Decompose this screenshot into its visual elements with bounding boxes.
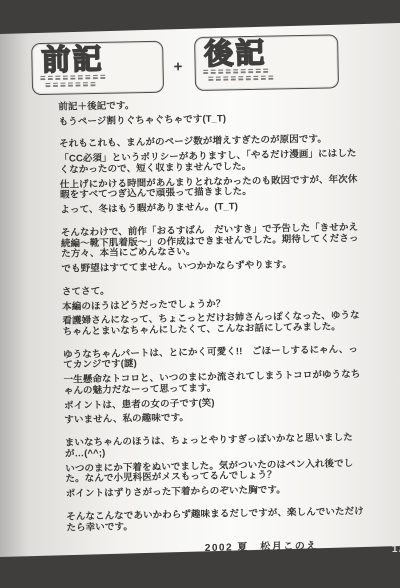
- page-content: 前記 〓〓〓〓〓〓〓〓〓 〓〓〓〓〓〓〓 + 後記 〓〓〓〓〓〓〓〓〓 〓〓〓〓…: [0, 24, 400, 567]
- foreword-title-box: 前記 〓〓〓〓〓〓〓〓〓 〓〓〓〓〓〓〓: [31, 41, 164, 96]
- afterword-title: 後記: [204, 38, 338, 70]
- paragraph: 看護婦さんになって、ちょこっとだけお姉さんっぽくなった、ゆうなちゃんとまいなちゃ…: [62, 311, 364, 338]
- paragraph: ポイントは、患者の女の子です(笑): [64, 396, 366, 413]
- paragraph: もうページ割りぐちゃぐちゃです(T_T): [59, 112, 361, 129]
- paragraph: 一生懸命なトコロと、いつのまにか流されてしまうトコロがゆうなちゃんの魅力だなーっ…: [64, 370, 366, 397]
- foreword-subtitle-row2: 〓〓〓〓〓〓〓: [45, 81, 163, 90]
- paragraph: でも野望はすててません。いつかかならずやります。: [61, 259, 363, 276]
- paragraph: いつのまにか下着をぬいでました。気がついたのはペン入れ後でした。なんで小児科医が…: [65, 458, 367, 485]
- plus-separator: +: [173, 58, 182, 75]
- paragraph: そんなわけで、前作「おるすばん だいすき」で予告した「きせかえ続編〜靴下肌着版〜…: [61, 223, 364, 261]
- paragraph: まいなちゃんのほうは、ちょっとやりすぎっぽいかなと思いましたが…(^^;): [65, 433, 367, 460]
- paragraph: そんなこんなであいかわらず趣味まるだしですが、楽しんでいただけたら幸いです。: [66, 507, 368, 534]
- foreword-title: 前記: [41, 45, 163, 76]
- paragraph: さてさて。: [62, 282, 364, 299]
- paragraph: 「CC必須」というポリシーがありますし、「やるだけ漫画」にはしたくなかったので、…: [59, 149, 361, 176]
- afterword-text-block: 前記＋後記です。 もうページ割りぐちゃぐちゃです(T_T) それもこれも、まんが…: [58, 97, 369, 557]
- paragraph: ポイントはずりさがった下着からのぞいた胸です。: [66, 484, 368, 501]
- paragraph: よって、冬はもう暇がありません。(T_T): [60, 200, 362, 217]
- afterword-subtitle-row2: 〓〓〓〓〓〓〓〓〓: [208, 74, 338, 83]
- page-number: 17: [392, 544, 400, 555]
- afterword-title-box: 後記 〓〓〓〓〓〓〓〓〓 〓〓〓〓〓〓〓〓〓: [194, 34, 339, 91]
- paragraph: すいません、私の趣味です。: [64, 410, 366, 427]
- paragraph: 前記＋後記です。: [58, 97, 360, 114]
- paragraph: ゆうなちゃんパートは、とにかく可愛く!! ごほーしするにゃん、ってカンジです(謎…: [63, 345, 365, 372]
- paragraph: 仕上げにかける時間があんまりとれなかったのも敗因ですが、年次休暇をすべてつぎ込ん…: [60, 175, 362, 202]
